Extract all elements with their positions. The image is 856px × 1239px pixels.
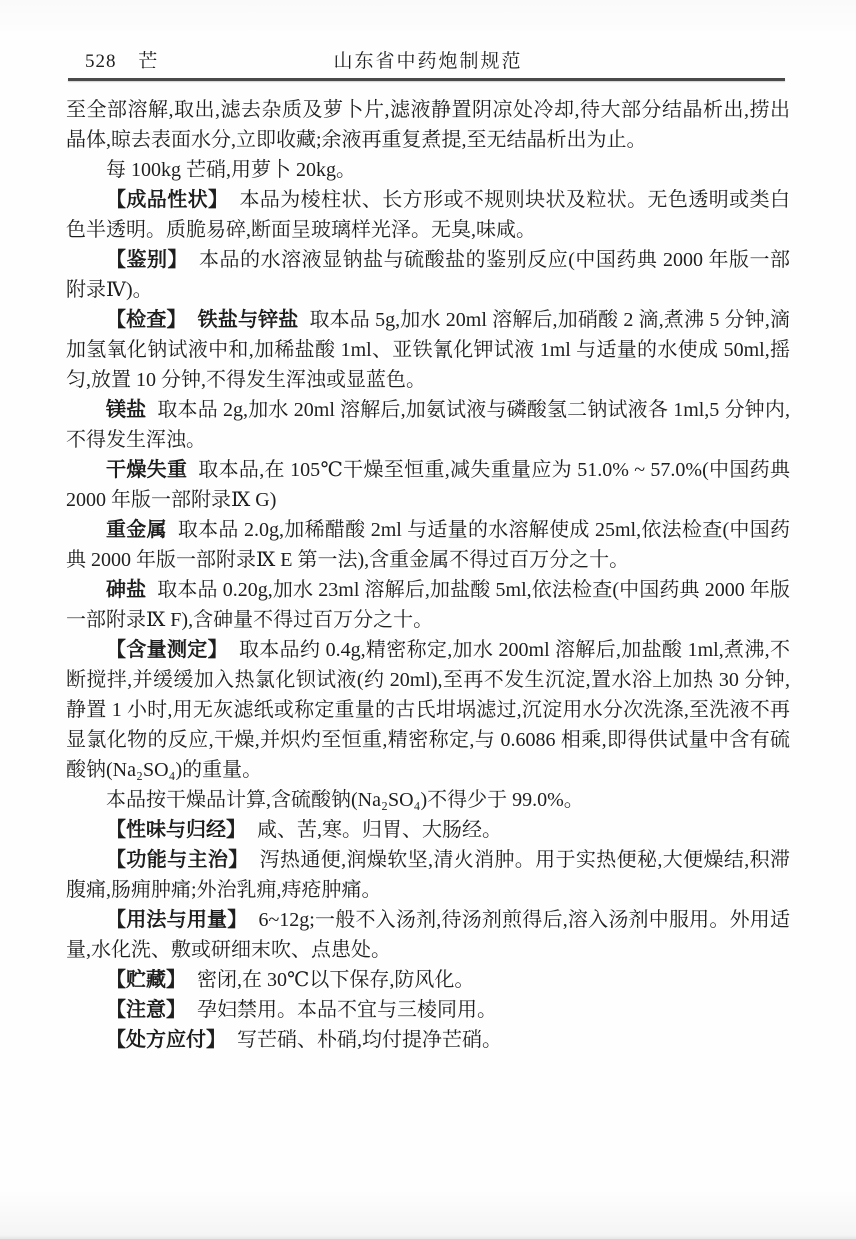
subsection-label: 砷盐 [106, 579, 146, 601]
section-label: 【含量测定】 [106, 639, 228, 661]
section-label: 【用法与用量】 [106, 909, 247, 931]
subsection-zhongjinshu: 重金属取本品 2.0g,加稀醋酸 2ml 与适量的水溶解使成 25ml,依法检查… [66, 515, 790, 575]
section-label: 【成品性状】 [106, 189, 228, 211]
paragraph-text: 密闭,在 30℃以下保存,防风化。 [197, 969, 474, 991]
section-xingweiyuguijing: 【性味与归经】咸、苦,寒。归胃、大肠经。 [66, 815, 790, 845]
header-rule [68, 78, 785, 81]
subsection-meiyan: 镁盐取本品 2g,加水 20ml 溶解后,加氨试液与磷酸氢二钠试液各 1ml,5… [66, 395, 790, 455]
paragraph-text: 咸、苦,寒。归胃、大肠经。 [257, 819, 502, 841]
section-zhuyi: 【注意】孕妇禁用。本品不宜与三棱同用。 [66, 995, 790, 1025]
subsection-label: 干燥失重 [106, 459, 187, 481]
section-label: 【功能与主治】 [106, 849, 249, 871]
section-zhucang: 【贮藏】密闭,在 30℃以下保存,防风化。 [66, 965, 790, 995]
scan-bottom-edge [0, 1235, 856, 1239]
section-hanliangceding: 【含量测定】取本品约 0.4g,精密称定,加水 200ml 溶解后,加盐酸 1m… [66, 635, 790, 785]
page-header: 528 芒 山东省中药炮制规范 [0, 0, 856, 82]
section-label: 【注意】 [106, 999, 186, 1021]
paragraph-ratio: 每 100kg 芒硝,用萝卜 20kg。 [66, 155, 790, 185]
paragraph-text: 取本品 0.20g,加水 23ml 溶解后,加盐酸 5ml,依法检查(中国药典 … [66, 579, 790, 631]
section-chufangyingfu: 【处方应付】写芒硝、朴硝,均付提净芒硝。 [66, 1025, 790, 1055]
scanned-page: 528 芒 山东省中药炮制规范 至全部溶解,取出,滤去杂质及萝卜片,滤液静置阴凉… [0, 0, 856, 1239]
section-gongnengyuzhuzhi: 【功能与主治】泻热通便,润燥软坚,清火消肿。用于实热便秘,大便燥结,积滞腹痛,肠… [66, 845, 790, 905]
section-label: 【性味与归经】 [106, 819, 246, 841]
paragraph-assay-result: 本品按干燥品计算,含硫酸钠(Na₂SO₄)不得少于 99.0%。 [66, 785, 790, 815]
document-body: 至全部溶解,取出,滤去杂质及萝卜片,滤液静置阴凉处冷却,待大部分结晶析出,捞出晶… [66, 95, 790, 1055]
section-label: 【处方应付】 [106, 1029, 226, 1051]
subsection-shenyan: 砷盐取本品 0.20g,加水 23ml 溶解后,加盐酸 5ml,依法检查(中国药… [66, 575, 790, 635]
paragraph-text: 孕妇禁用。本品不宜与三棱同用。 [197, 999, 497, 1021]
section-jiancha-tieyanxinyan: 【检查】铁盐与锌盐取本品 5g,加水 20ml 溶解后,加硝酸 2 滴,煮沸 5… [66, 305, 790, 395]
section-label: 【贮藏】 [106, 969, 186, 991]
paragraph-text: 本品按干燥品计算,含硫酸钠(Na₂SO₄)不得少于 99.0%。 [106, 789, 584, 811]
paragraph-text: 至全部溶解,取出,滤去杂质及萝卜片,滤液静置阴凉处冷却,待大部分结晶析出,捞出晶… [66, 99, 790, 151]
book-title: 山东省中药炮制规范 [0, 46, 856, 73]
paragraph-text: 写芒硝、朴硝,均付提净芒硝。 [237, 1029, 502, 1051]
section-label: 【检查】 [106, 309, 187, 331]
subsection-label: 铁盐与锌盐 [198, 309, 299, 331]
subsection-label: 镁盐 [106, 399, 146, 421]
paragraph-text: 取本品 2g,加水 20ml 溶解后,加氨试液与磷酸氢二钠试液各 1ml,5 分… [66, 399, 790, 451]
section-jianbie: 【鉴别】本品的水溶液显钠盐与硫酸盐的鉴别反应(中国药典 2000 年版一部附录Ⅳ… [66, 245, 790, 305]
section-label: 【鉴别】 [106, 249, 188, 271]
subsection-ganzaoshizhong: 干燥失重取本品,在 105℃干燥至恒重,减失重量应为 51.0% ~ 57.0%… [66, 455, 790, 515]
paragraph-text: 每 100kg 芒硝,用萝卜 20kg。 [106, 159, 356, 181]
section-chengpinxingzhuang: 【成品性状】本品为棱柱状、长方形或不规则块状及粒状。无色透明或类白色半透明。质脆… [66, 185, 790, 245]
section-yongfayuyongliang: 【用法与用量】6~12g;一般不入汤剂,待汤剂煎得后,溶入汤剂中服用。外用适量,… [66, 905, 790, 965]
subsection-label: 重金属 [106, 519, 167, 541]
paragraph-text: 取本品 2.0g,加稀醋酸 2ml 与适量的水溶解使成 25ml,依法检查(中国… [66, 519, 790, 571]
paragraph-continuation: 至全部溶解,取出,滤去杂质及萝卜片,滤液静置阴凉处冷却,待大部分结晶析出,捞出晶… [66, 95, 790, 155]
